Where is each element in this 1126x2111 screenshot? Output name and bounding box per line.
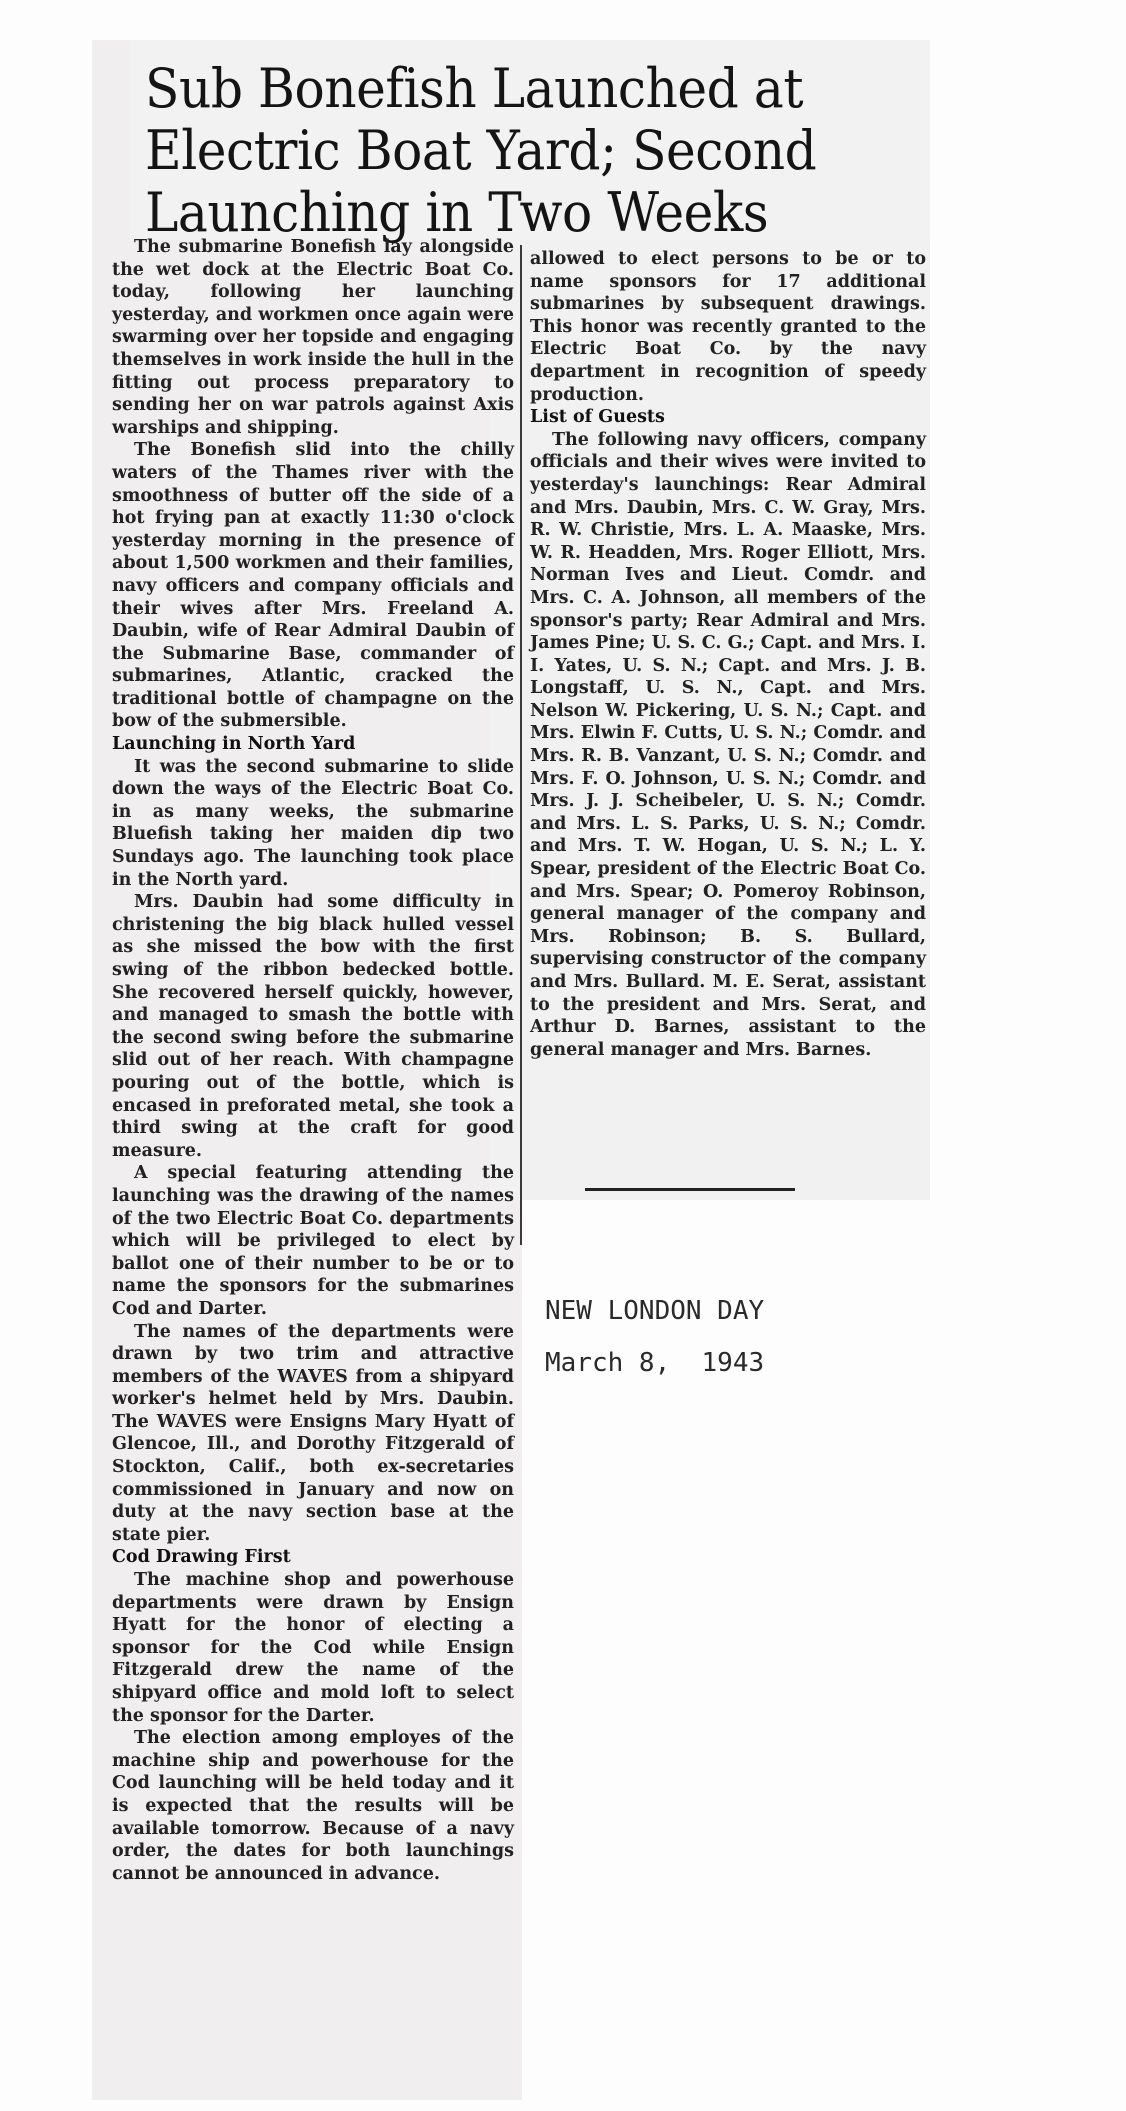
section-subhead: Launching in North Yard xyxy=(112,733,514,756)
article-column-right: allowed to elect persons to be or to nam… xyxy=(530,248,926,1061)
article-paragraph: Mrs. Daubin had some difficulty in chris… xyxy=(112,891,514,1162)
headline-line-1: Sub Bonefish Launched at xyxy=(145,58,870,120)
publication-name: NEW LONDON DAY xyxy=(545,1285,764,1337)
article-paragraph: The following navy officers, company off… xyxy=(530,429,926,1062)
article-paragraph: The names of the departments were drawn … xyxy=(112,1321,514,1547)
article-paragraph: The election among employes of the machi… xyxy=(112,1727,514,1885)
article-paragraph: The machine shop and powerhouse departme… xyxy=(112,1569,514,1727)
article-paragraph: A special featuring attending the launch… xyxy=(112,1162,514,1320)
article-paragraph: allowed to elect persons to be or to nam… xyxy=(530,248,926,406)
article-column-left: The submarine Bonefish lay alongside the… xyxy=(112,236,514,1885)
article-headline: Sub Bonefish Launched at Electric Boat Y… xyxy=(145,58,870,244)
section-subhead: List of Guests xyxy=(530,406,926,429)
source-stamp: NEW LONDON DAY March 8, 1943 xyxy=(545,1285,764,1389)
publication-date: March 8, 1943 xyxy=(545,1337,764,1389)
article-paragraph: It was the second submarine to slide dow… xyxy=(112,756,514,892)
column-divider xyxy=(520,245,522,1245)
headline-line-3: Launching in Two Weeks xyxy=(145,182,870,244)
headline-line-2: Electric Boat Yard; Second xyxy=(145,120,870,182)
article-paragraph: The Bonefish slid into the chilly waters… xyxy=(112,439,514,733)
article-end-rule xyxy=(585,1188,795,1191)
article-paragraph: The submarine Bonefish lay alongside the… xyxy=(112,236,514,439)
section-subhead: Cod Drawing First xyxy=(112,1546,514,1569)
